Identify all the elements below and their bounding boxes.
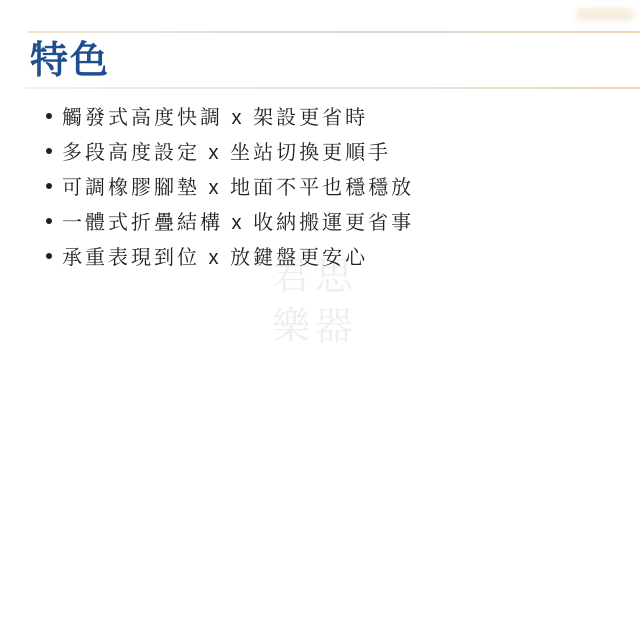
watermark-line: 樂器 bbox=[272, 302, 358, 352]
watermark-smudge bbox=[576, 8, 634, 21]
top-divider bbox=[27, 31, 640, 33]
feature-text: 承重表現到位 x 放鍵盤更安心 bbox=[62, 241, 368, 270]
title-divider bbox=[25, 87, 640, 89]
feature-text: 一體式折疊結構 x 收納搬運更省事 bbox=[62, 206, 414, 235]
feature-item: 一體式折疊結構 x 收納搬運更省事 bbox=[46, 203, 414, 238]
feature-item: 觸發式高度快調 x 架設更省時 bbox=[46, 98, 414, 133]
bullet-dot-icon bbox=[46, 218, 52, 224]
bullet-dot-icon bbox=[46, 183, 52, 189]
feature-list: 觸發式高度快調 x 架設更省時 多段高度設定 x 坐站切換更順手 可調橡膠腳墊 … bbox=[46, 98, 414, 273]
feature-text: 觸發式高度快調 x 架設更省時 bbox=[62, 101, 368, 130]
bullet-dot-icon bbox=[46, 253, 52, 259]
bullet-dot-icon bbox=[46, 113, 52, 119]
feature-item: 可調橡膠腳墊 x 地面不平也穩穩放 bbox=[46, 168, 414, 203]
feature-item: 承重表現到位 x 放鍵盤更安心 bbox=[46, 238, 414, 273]
feature-text: 多段高度設定 x 坐站切換更順手 bbox=[62, 136, 391, 165]
page-title: 特色 bbox=[30, 39, 110, 84]
feature-item: 多段高度設定 x 坐站切換更順手 bbox=[46, 133, 414, 168]
bullet-dot-icon bbox=[46, 148, 52, 154]
feature-text: 可調橡膠腳墊 x 地面不平也穩穩放 bbox=[62, 171, 414, 200]
product-feature-page: 特色 觸發式高度快調 x 架設更省時 多段高度設定 x 坐站切換更順手 可調橡膠… bbox=[0, 0, 640, 640]
